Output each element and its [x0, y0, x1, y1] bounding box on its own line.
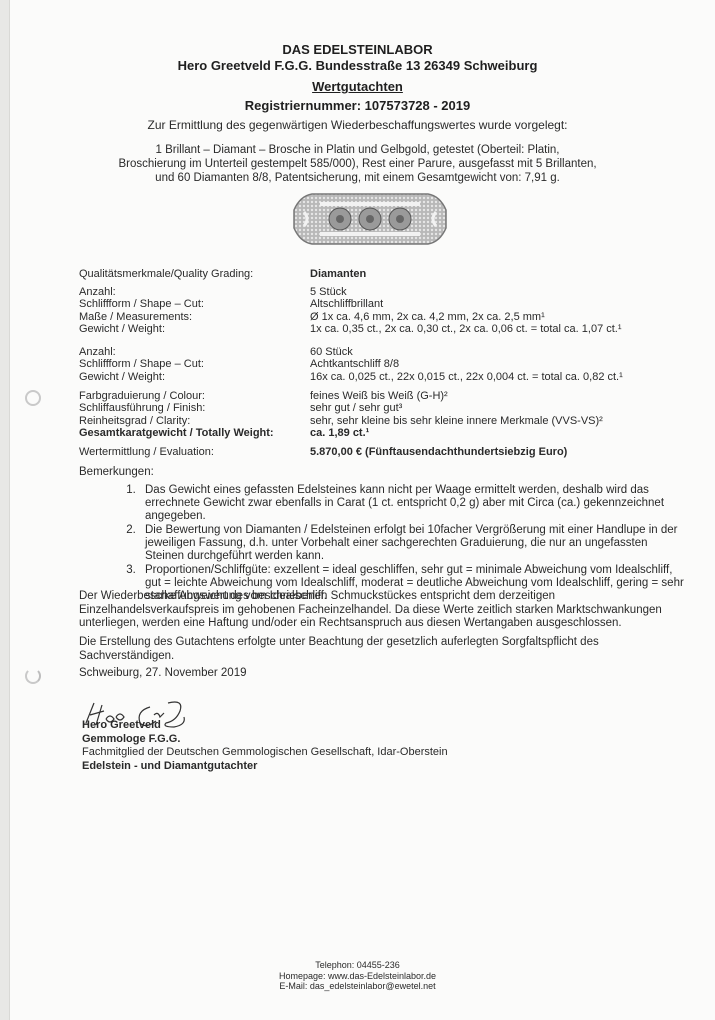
brooch-photo-icon [290, 188, 450, 250]
registration-number: Registriernummer: 107573728 - 2019 [0, 98, 715, 113]
company-name: DAS EDELSTEINLABOR [0, 42, 715, 57]
grading-group-quality: Farbgraduierung / Colour:feines Weiß bis… [79, 390, 710, 439]
grading-row-total-weight: Gesamtkaratgewicht / Totally Weight:ca. … [79, 427, 710, 439]
place-date: Schweiburg, 27. November 2019 [79, 667, 679, 681]
footer-phone: Telephon: 04455-236 [0, 960, 715, 971]
punch-hole-icon [25, 668, 41, 684]
grading-group-brilliants: Anzahl:5 Stück Schliffform / Shape – Cut… [79, 286, 710, 335]
remark-item: Das Gewicht eines gefassten Edelsteines … [139, 484, 689, 523]
grading-row: Gewicht / Weight:1x ca. 0,35 ct., 2x ca.… [79, 323, 710, 335]
grading-row: Anzahl:60 Stück [79, 346, 710, 358]
remark-item: Die Bewertung von Diamanten / Edelsteine… [139, 524, 689, 563]
grading-group-diamonds: Anzahl:60 Stück Schliffform / Shape – Cu… [79, 346, 710, 383]
company-address: Hero Greetveld F.G.G. Bundesstraße 13 26… [0, 58, 715, 73]
homepage-link[interactable]: www.das-Edelsteinlabor.de [328, 971, 436, 981]
evaluation-value: 5.870,00 € (Fünftausendachthundertsiebzi… [310, 446, 710, 458]
grading-row: Schliffform / Shape – Cut:Achtkantschlif… [79, 358, 710, 370]
diligence-note: Die Erstellung des Gutachtens erfolgte u… [79, 636, 599, 663]
footer: Telephon: 04455-236 Homepage: www.das-Ed… [0, 960, 715, 992]
value-note: Der Wiederbeschaffungswert des beschrieb… [79, 590, 679, 631]
punch-hole-icon [25, 390, 41, 406]
grading-row: Schliffform / Shape – Cut:Altschliffbril… [79, 298, 710, 310]
grading-row: Anzahl:5 Stück [79, 286, 710, 298]
signer-title: Gemmologe F.G.G. [82, 733, 448, 747]
signer-role: Edelstein - und Diamantgutachter [82, 760, 448, 774]
footer-homepage: Homepage: www.das-Edelsteinlabor.de [0, 971, 715, 982]
signer-membership: Fachmitglied der Deutschen Gemmologische… [82, 746, 448, 760]
document-type: Wertgutachten [0, 79, 715, 94]
grading-row: Farbgraduierung / Colour:feines Weiß bis… [79, 390, 710, 402]
remarks-title: Bemerkungen: [79, 466, 689, 479]
grading-row: Reinheitsgrad / Clarity:sehr, sehr klein… [79, 415, 710, 427]
intro-text: Zur Ermittlung des gegenwärtigen Wiederb… [0, 118, 715, 132]
grading-row: Schliffausführung / Finish:sehr gut / se… [79, 402, 710, 414]
grading-row: Maße / Measurements:Ø 1x ca. 4,6 mm, 2x … [79, 311, 710, 323]
signer-name: Hero Greetveld [82, 719, 448, 733]
footer-email: E-Mail: das_edelsteinlabor@ewetel.net [0, 981, 715, 992]
signer-block: Hero Greetveld Gemmologe F.G.G. Fachmitg… [82, 719, 448, 773]
grading-title-row: Qualitätsmerkmale/Quality Grading: Diama… [79, 268, 710, 280]
remarks-section: Bemerkungen: Das Gewicht eines gefassten… [79, 466, 689, 604]
item-description: 1 Brillant – Diamant – Brosche in Platin… [0, 143, 715, 185]
grading-row: Gewicht / Weight:16x ca. 0,025 ct., 22x … [79, 371, 710, 383]
evaluation-row: Wertermittlung / Evaluation: 5.870,00 € … [79, 446, 710, 458]
